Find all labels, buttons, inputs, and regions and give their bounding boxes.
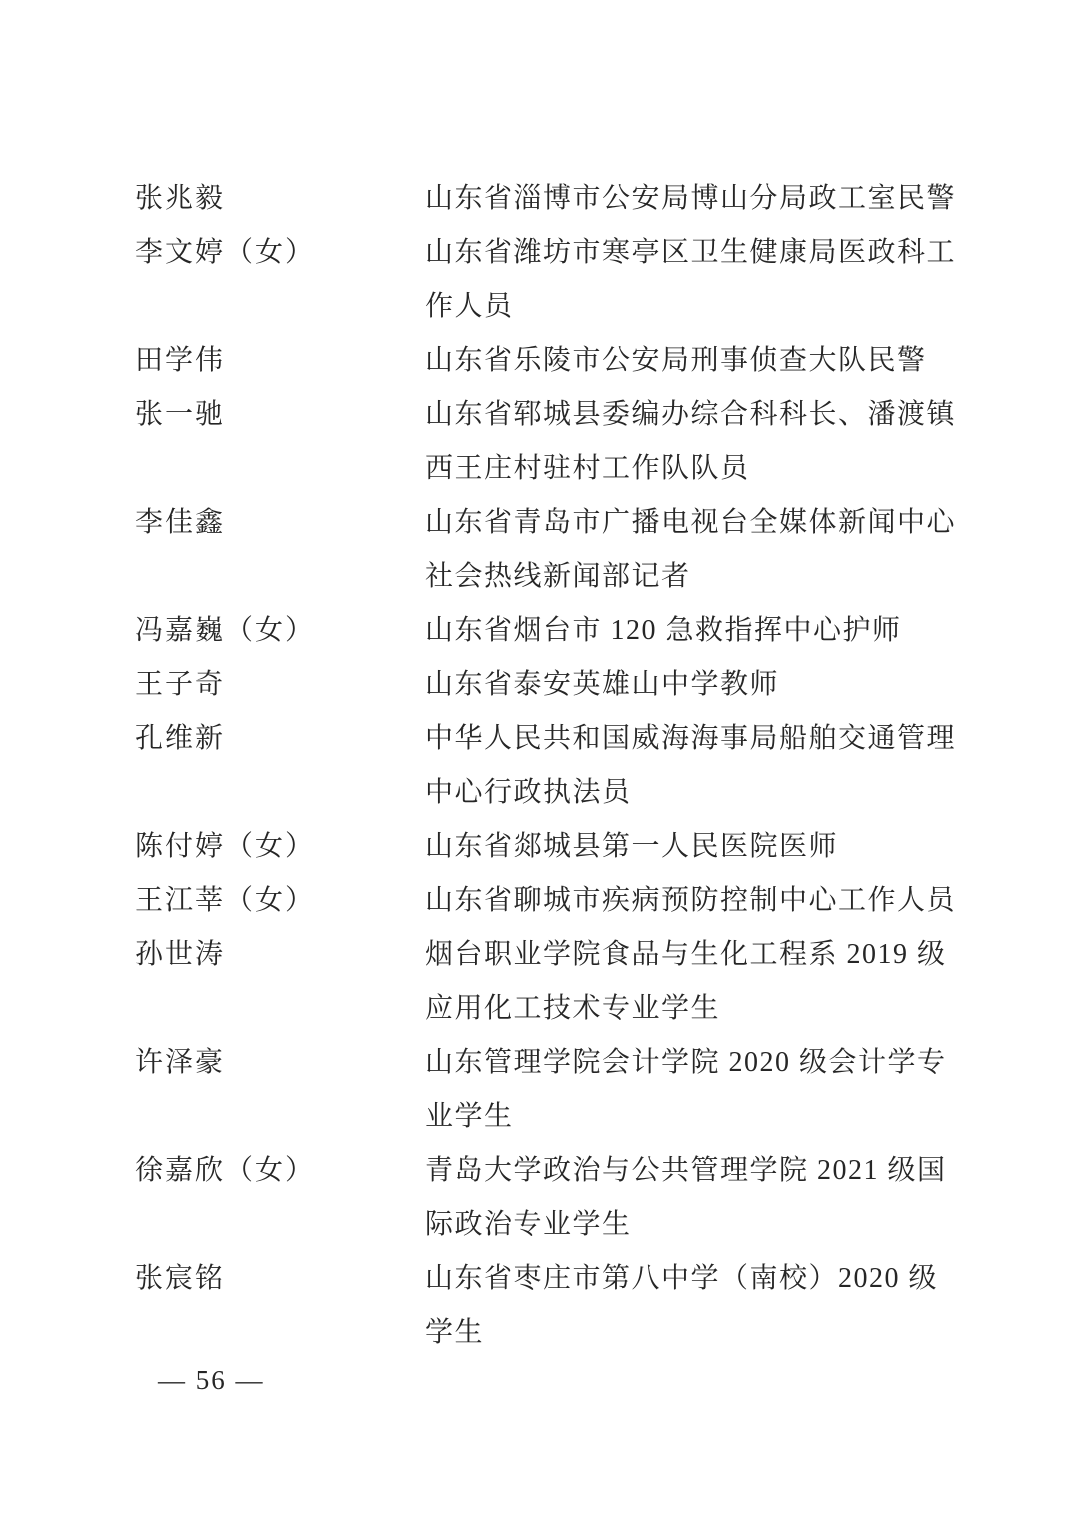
entry-name: 李文婷（女）	[135, 226, 425, 280]
description-line: 山东省乐陵市公安局刑事侦查大队民警	[425, 334, 980, 388]
description-line: 山东省郯城县第一人民医院医师	[425, 820, 980, 874]
description-line: 中华人民共和国威海海事局船舶交通管理	[425, 712, 980, 766]
entry-description: 烟台职业学院食品与生化工程系 2019 级应用化工技术专业学生	[425, 928, 980, 1036]
entry-row: 李佳鑫 山东省青岛市广播电视台全媒体新闻中心社会热线新闻部记者	[135, 496, 980, 604]
description-line: 业学生	[425, 1090, 980, 1144]
entry-name: 孙世涛	[135, 928, 425, 982]
entry-name: 王子奇	[135, 658, 425, 712]
entry-description: 山东省郓城县委编办综合科科长、潘渡镇西王庄村驻村工作队队员	[425, 388, 980, 496]
entry-description: 山东省青岛市广播电视台全媒体新闻中心社会热线新闻部记者	[425, 496, 980, 604]
entry-description: 山东省聊城市疾病预防控制中心工作人员	[425, 874, 980, 928]
description-line: 山东省淄博市公安局博山分局政工室民警	[425, 172, 980, 226]
entry-name: 孔维新	[135, 712, 425, 766]
description-line: 山东省潍坊市寒亭区卫生健康局医政科工	[425, 226, 980, 280]
description-line: 山东省青岛市广播电视台全媒体新闻中心	[425, 496, 980, 550]
page-number: — 56 —	[158, 1353, 265, 1407]
entry-row: 李文婷（女） 山东省潍坊市寒亭区卫生健康局医政科工作人员	[135, 226, 980, 334]
entry-row: 许泽豪 山东管理学院会计学院 2020 级会计学专业学生	[135, 1036, 980, 1144]
entry-name: 王江莘（女）	[135, 874, 425, 928]
entry-row: 张宸铭 山东省枣庄市第八中学（南校）2020 级学生	[135, 1252, 980, 1360]
entries-list: 张兆毅 山东省淄博市公安局博山分局政工室民警 李文婷（女） 山东省潍坊市寒亭区卫…	[135, 172, 980, 1360]
entry-description: 山东省枣庄市第八中学（南校）2020 级学生	[425, 1252, 980, 1360]
entry-name: 许泽豪	[135, 1036, 425, 1090]
description-line: 山东省泰安英雄山中学教师	[425, 658, 980, 712]
entry-name: 张兆毅	[135, 172, 425, 226]
entry-description: 山东省烟台市 120 急救指挥中心护师	[425, 604, 980, 658]
entry-name: 徐嘉欣（女）	[135, 1144, 425, 1198]
entry-description: 山东省潍坊市寒亭区卫生健康局医政科工作人员	[425, 226, 980, 334]
description-line: 山东省聊城市疾病预防控制中心工作人员	[425, 874, 980, 928]
description-line: 烟台职业学院食品与生化工程系 2019 级	[425, 928, 980, 982]
entry-name: 张一驰	[135, 388, 425, 442]
document-page: 张兆毅 山东省淄博市公安局博山分局政工室民警 李文婷（女） 山东省潍坊市寒亭区卫…	[0, 0, 1080, 1526]
description-line: 中心行政执法员	[425, 766, 980, 820]
entry-row: 冯嘉巍（女） 山东省烟台市 120 急救指挥中心护师	[135, 604, 980, 658]
entry-row: 张兆毅 山东省淄博市公安局博山分局政工室民警	[135, 172, 980, 226]
entry-name: 陈付婷（女）	[135, 820, 425, 874]
entry-description: 山东省郯城县第一人民医院医师	[425, 820, 980, 874]
entry-row: 孙世涛 烟台职业学院食品与生化工程系 2019 级应用化工技术专业学生	[135, 928, 980, 1036]
description-line: 应用化工技术专业学生	[425, 982, 980, 1036]
entry-row: 张一驰 山东省郓城县委编办综合科科长、潘渡镇西王庄村驻村工作队队员	[135, 388, 980, 496]
entry-name: 冯嘉巍（女）	[135, 604, 425, 658]
entry-row: 王子奇 山东省泰安英雄山中学教师	[135, 658, 980, 712]
entry-row: 陈付婷（女） 山东省郯城县第一人民医院医师	[135, 820, 980, 874]
description-line: 西王庄村驻村工作队队员	[425, 442, 980, 496]
entry-row: 孔维新 中华人民共和国威海海事局船舶交通管理中心行政执法员	[135, 712, 980, 820]
entry-description: 青岛大学政治与公共管理学院 2021 级国际政治专业学生	[425, 1144, 980, 1252]
description-line: 山东省郓城县委编办综合科科长、潘渡镇	[425, 388, 980, 442]
entry-description: 山东省泰安英雄山中学教师	[425, 658, 980, 712]
entry-name: 李佳鑫	[135, 496, 425, 550]
description-line: 山东省烟台市 120 急救指挥中心护师	[425, 604, 980, 658]
entry-description: 山东省乐陵市公安局刑事侦查大队民警	[425, 334, 980, 388]
entry-description: 山东管理学院会计学院 2020 级会计学专业学生	[425, 1036, 980, 1144]
description-line: 山东省枣庄市第八中学（南校）2020 级	[425, 1252, 980, 1306]
entry-row: 王江莘（女） 山东省聊城市疾病预防控制中心工作人员	[135, 874, 980, 928]
entry-description: 山东省淄博市公安局博山分局政工室民警	[425, 172, 980, 226]
entry-name: 张宸铭	[135, 1252, 425, 1306]
entry-name: 田学伟	[135, 334, 425, 388]
description-line: 山东管理学院会计学院 2020 级会计学专	[425, 1036, 980, 1090]
entry-row: 徐嘉欣（女） 青岛大学政治与公共管理学院 2021 级国际政治专业学生	[135, 1144, 980, 1252]
description-line: 青岛大学政治与公共管理学院 2021 级国	[425, 1144, 980, 1198]
entry-row: 田学伟 山东省乐陵市公安局刑事侦查大队民警	[135, 334, 980, 388]
description-line: 作人员	[425, 280, 980, 334]
description-line: 际政治专业学生	[425, 1198, 980, 1252]
description-line: 社会热线新闻部记者	[425, 550, 980, 604]
description-line: 学生	[425, 1306, 980, 1360]
entry-description: 中华人民共和国威海海事局船舶交通管理中心行政执法员	[425, 712, 980, 820]
